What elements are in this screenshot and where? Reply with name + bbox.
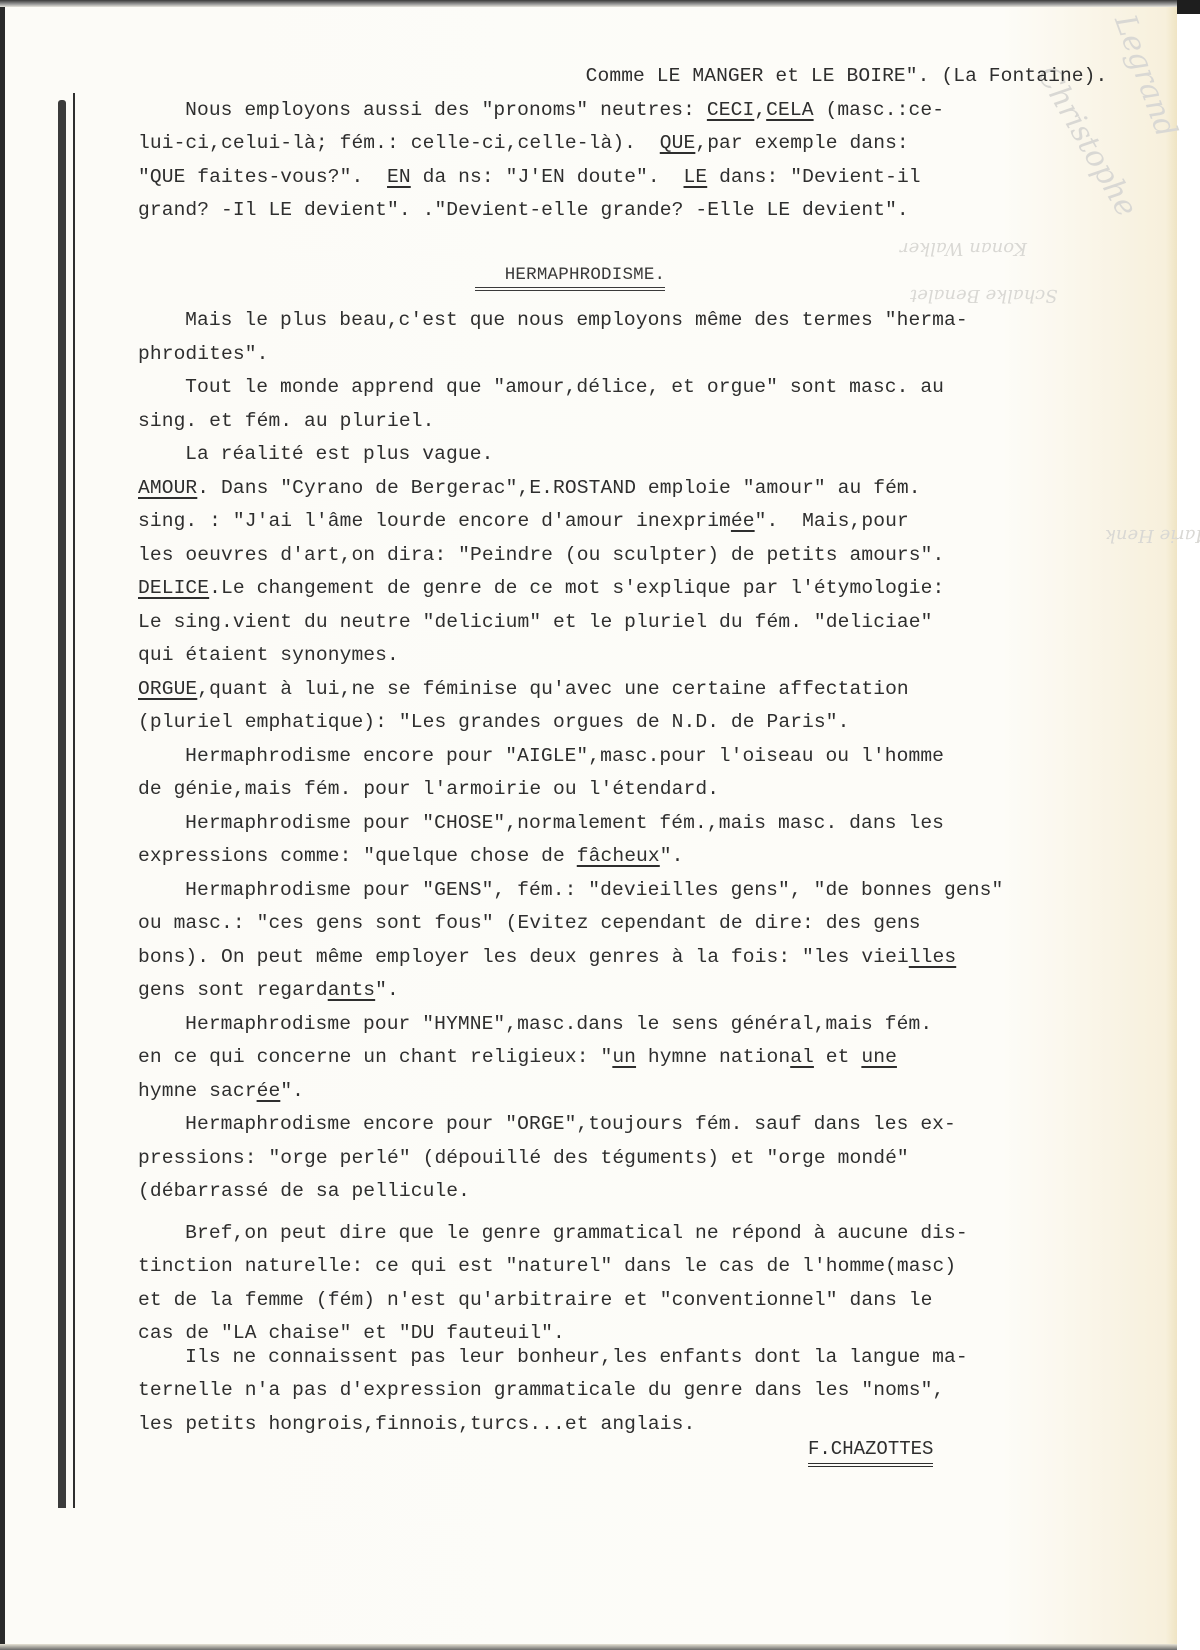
text-segment: dans: "Devient-il: [707, 166, 920, 188]
text-segment: Ils ne connaissent pas leur bonheur,les …: [185, 1346, 968, 1368]
text-line: Bref,on peut dire que le genre grammatic…: [185, 1220, 968, 1246]
text-line: (pluriel emphatique): "Les grandes orgue…: [138, 709, 850, 735]
text-segment: Hermaphrodisme encore pour "ORGE",toujou…: [185, 1113, 956, 1135]
text-segment: expressions comme: "quelque chose de: [138, 845, 577, 867]
text-segment: ".: [375, 979, 399, 1001]
text-segment: bons). On peut même employer les deux ge…: [138, 946, 909, 968]
text-line: Le sing.vient du neutre "delicium" et le…: [138, 609, 933, 635]
underlined-text: une: [861, 1046, 897, 1068]
underlined-text: LE: [684, 166, 708, 188]
text-line: sing. : "J'ai l'âme lourde encore d'amou…: [138, 508, 909, 534]
text-line: pressions: "orge perlé" (dépouillé des t…: [138, 1145, 909, 1171]
text-segment: grand? -Il LE devient". ."Devient-elle g…: [138, 199, 909, 221]
underlined-text: ée: [731, 510, 755, 532]
text-segment: pressions: "orge perlé" (dépouillé des t…: [138, 1147, 909, 1169]
scan-border-top: [0, 0, 1178, 7]
text-line: Nous employons aussi des "pronoms" neutr…: [185, 97, 944, 123]
underlined-text: AMOUR: [138, 477, 197, 499]
text-segment: les oeuvres d'art,on dira: "Peindre (ou …: [138, 544, 944, 566]
underlined-text: lles: [909, 946, 956, 968]
text-line: Hermaphrodisme pour "GENS", fém.: "devie…: [185, 877, 1003, 903]
underlined-text: CECI: [707, 99, 754, 121]
text-line: (débarrassé de sa pellicule.: [138, 1178, 470, 1204]
text-segment: sing. et fém. au pluriel.: [138, 410, 434, 432]
text-segment: Hermaphrodisme encore pour "AIGLE",masc.…: [185, 745, 944, 767]
text-line: Tout le monde apprend que "amour,délice,…: [185, 374, 944, 400]
text-segment: gens sont regard: [138, 979, 328, 1001]
text-segment: hymne nation: [636, 1046, 790, 1068]
text-segment: phrodites".: [138, 343, 268, 365]
text-segment: Hermaphrodisme pour "GENS", fém.: "devie…: [185, 879, 1003, 901]
text-segment: en ce qui concerne un chant religieux: ": [138, 1046, 612, 1068]
margin-bar-thick: [58, 100, 66, 1508]
scan-margin-right: [1177, 0, 1200, 1650]
text-segment: ,quant à lui,ne se féminise qu'avec une …: [197, 678, 909, 700]
text-line: lui-ci,celui-là; fém.: celle-ci,celle-là…: [138, 130, 909, 156]
text-segment: Mais le plus beau,c'est que nous employo…: [185, 309, 968, 331]
text-segment: .Le changement de genre de ce mot s'expl…: [209, 577, 944, 599]
text-segment: ,par exemple dans:: [695, 132, 908, 154]
text-segment: Comme LE MANGER et LE BOIRE". (La Fontai…: [586, 65, 1108, 87]
text-line: La réalité est plus vague.: [185, 441, 493, 467]
text-segment: ".: [660, 845, 684, 867]
text-segment: La réalité est plus vague.: [185, 443, 493, 465]
text-segment: "QUE faites-vous?".: [138, 166, 387, 188]
text-segment: lui-ci,celui-là; fém.: celle-ci,celle-là…: [138, 132, 660, 154]
text-segment: da ns: "J'EN doute".: [411, 166, 684, 188]
text-line: et de la femme (fém) n'est qu'arbitraire…: [138, 1287, 933, 1313]
text-line: cas de "LA chaise" et "DU fauteuil".: [138, 1320, 565, 1346]
text-segment: (masc.:ce-: [814, 99, 944, 121]
underlined-text: ants: [328, 979, 375, 1001]
section-heading: HERMAPHRODISME.: [0, 265, 1140, 291]
text-line: hymne sacrée".: [138, 1078, 304, 1104]
text-line: sing. et fém. au pluriel.: [138, 408, 434, 434]
text-line: Hermaphrodisme encore pour "ORGE",toujou…: [185, 1111, 956, 1137]
text-segment: sing. : "J'ai l'âme lourde encore d'amou…: [138, 510, 731, 532]
text-line: gens sont regardants".: [138, 977, 399, 1003]
text-segment: Hermaphrodisme pour "CHOSE",normalement …: [185, 812, 944, 834]
text-segment: hymne sacr: [138, 1080, 257, 1102]
underlined-text: fâcheux: [577, 845, 660, 867]
text-line: Hermaphrodisme pour "HYMNE",masc.dans le…: [185, 1011, 932, 1037]
text-segment: Le sing.vient du neutre "delicium" et le…: [138, 611, 933, 633]
text-segment: ou masc.: "ces gens sont fous" (Evitez c…: [138, 912, 921, 934]
underlined-text: CELA: [766, 99, 813, 121]
text-segment: ". Mais,pour: [755, 510, 909, 532]
scan-border-bottom: [0, 1644, 1178, 1650]
text-segment: ".: [280, 1080, 304, 1102]
text-segment: Nous employons aussi des "pronoms" neutr…: [185, 99, 707, 121]
text-line: Ils ne connaissent pas leur bonheur,les …: [185, 1344, 968, 1370]
text-line: expressions comme: "quelque chose de fâc…: [138, 843, 684, 869]
underlined-text: EN: [387, 166, 411, 188]
text-segment: les petits hongrois,finnois,turcs...et a…: [138, 1413, 695, 1435]
text-segment: ternelle n'a pas d'expression grammatica…: [138, 1379, 944, 1401]
text-segment: (débarrassé de sa pellicule.: [138, 1180, 470, 1202]
underlined-text: al: [790, 1046, 814, 1068]
underlined-text: QUE: [660, 132, 696, 154]
text-line: les petits hongrois,finnois,turcs...et a…: [138, 1411, 695, 1437]
text-line: Comme LE MANGER et LE BOIRE". (La Fontai…: [586, 63, 1108, 89]
text-line: qui étaient synonymes.: [138, 642, 399, 668]
text-line: AMOUR. Dans "Cyrano de Bergerac",E.ROSTA…: [138, 475, 921, 501]
text-line: Hermaphrodisme encore pour "AIGLE",masc.…: [185, 743, 944, 769]
text-segment: tinction naturelle: ce qui est "naturel"…: [138, 1255, 956, 1277]
underlined-text: DELICE: [138, 577, 209, 599]
underlined-text: un: [612, 1046, 636, 1068]
text-segment: de génie,mais fém. pour l'armoirie ou l'…: [138, 778, 719, 800]
text-segment: (pluriel emphatique): "Les grandes orgue…: [138, 711, 850, 733]
text-segment: ,: [754, 99, 766, 121]
text-line: grand? -Il LE devient". ."Devient-elle g…: [138, 197, 909, 223]
text-line: DELICE.Le changement de genre de ce mot …: [138, 575, 944, 601]
text-line: Mais le plus beau,c'est que nous employo…: [185, 307, 968, 333]
text-line: en ce qui concerne un chant religieux: "…: [138, 1044, 897, 1070]
text-line: "QUE faites-vous?". EN da ns: "J'EN dout…: [138, 164, 921, 190]
text-segment: Bref,on peut dire que le genre grammatic…: [185, 1222, 968, 1244]
section-heading-text: HERMAPHRODISME.: [475, 265, 666, 291]
text-segment: Tout le monde apprend que "amour,délice,…: [185, 376, 944, 398]
underlined-text: ée: [257, 1080, 281, 1102]
text-segment: cas de "LA chaise" et "DU fauteuil".: [138, 1322, 565, 1344]
text-line: ternelle n'a pas d'expression grammatica…: [138, 1377, 944, 1403]
text-line: ou masc.: "ces gens sont fous" (Evitez c…: [138, 910, 921, 936]
text-segment: et: [814, 1046, 861, 1068]
text-line: de génie,mais fém. pour l'armoirie ou l'…: [138, 776, 719, 802]
text-segment: Hermaphrodisme pour "HYMNE",masc.dans le…: [185, 1013, 932, 1035]
text-line: Hermaphrodisme pour "CHOSE",normalement …: [185, 810, 944, 836]
text-line: bons). On peut même employer les deux ge…: [138, 944, 956, 970]
text-segment: qui étaient synonymes.: [138, 644, 399, 666]
text-segment: et de la femme (fém) n'est qu'arbitraire…: [138, 1289, 933, 1311]
author-signature: F.CHAZOTTES: [808, 1438, 933, 1467]
underlined-text: ORGUE: [138, 678, 197, 700]
text-segment: . Dans "Cyrano de Bergerac",E.ROSTAND em…: [197, 477, 920, 499]
margin-bar-thin: [73, 93, 75, 1508]
text-line: les oeuvres d'art,on dira: "Peindre (ou …: [138, 542, 944, 568]
text-line: tinction naturelle: ce qui est "naturel"…: [138, 1253, 956, 1279]
text-line: ORGUE,quant à lui,ne se féminise qu'avec…: [138, 676, 909, 702]
text-line: phrodites".: [138, 341, 268, 367]
